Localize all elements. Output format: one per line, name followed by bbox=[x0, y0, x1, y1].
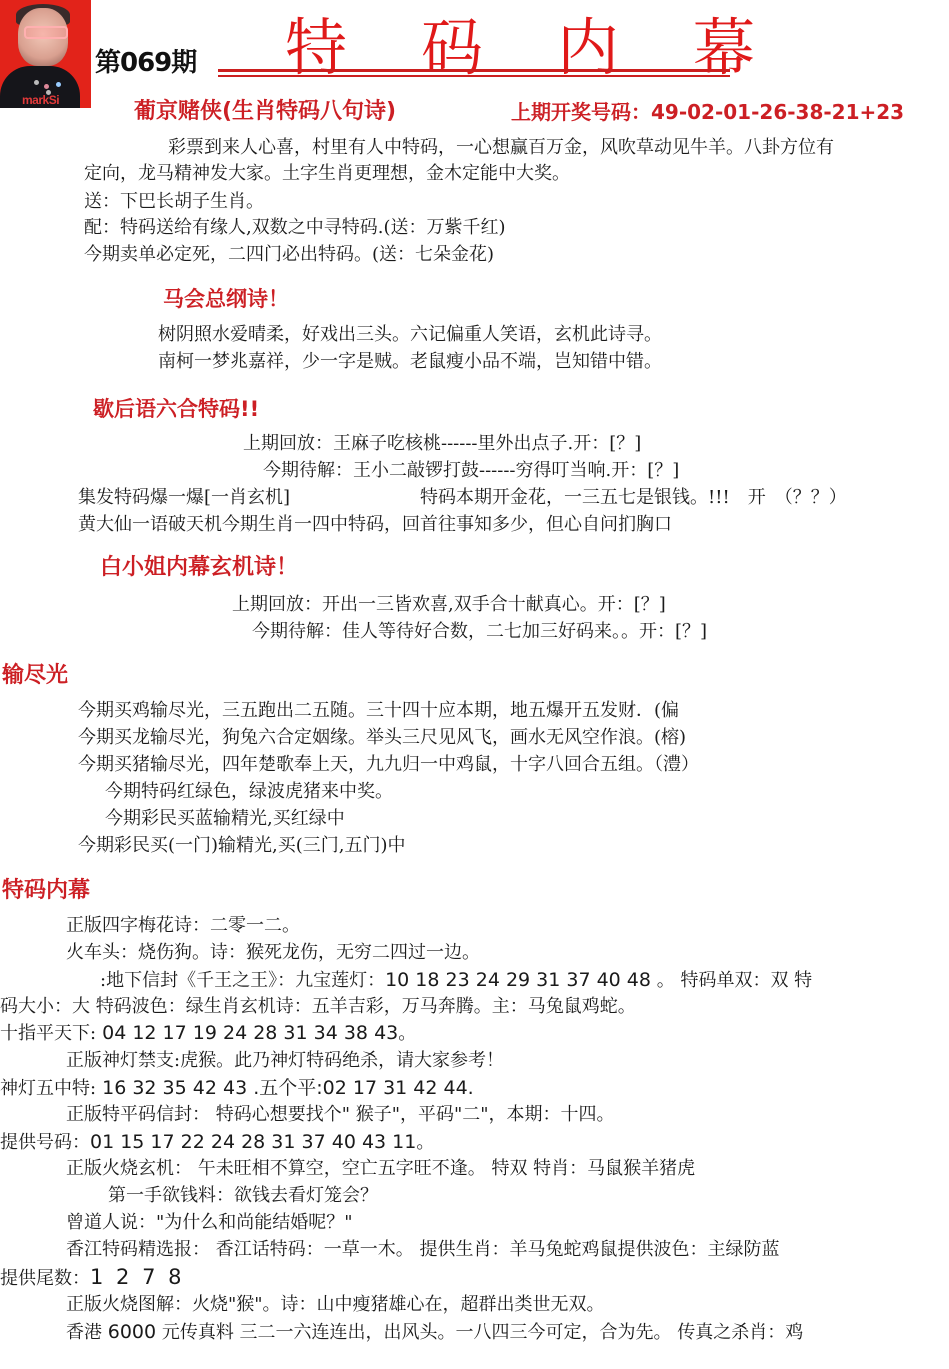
neimu-line: 第一手欲钱料：欲钱去看灯笼会？ bbox=[108, 1183, 378, 1209]
huangdaxian-line: 黄大仙一语破天机今期生肖一四中特码，回首往事知多少，但心自问扪胸口 bbox=[78, 512, 672, 538]
section-heading-neimu: 特码内幕 bbox=[2, 873, 90, 904]
neimu-numbers: 6000 bbox=[108, 1321, 156, 1343]
neimu-line: 提供尾数：1 2 7 8 bbox=[0, 1264, 184, 1292]
title-char: 特 bbox=[285, 0, 421, 87]
neimu-line: 正版火烧图解：火烧"猴"。诗：山中瘦猪雄心在，超群出类世无双。 bbox=[66, 1292, 605, 1318]
poem-line: 送：下巴长胡子生肖。 bbox=[84, 189, 264, 215]
poem-line: 定向，龙马精神发大家。土字生肖更理想，金木定能中大奖。 bbox=[84, 161, 570, 187]
neimu-text: 香港 bbox=[66, 1322, 108, 1343]
neimu-line: 正版特平码信封： 特码心想要找个" 猴子"，平码"二"，本期：十四。 bbox=[66, 1102, 615, 1128]
xiehouyu-last: 上期回放：王麻子吃核桃------里外出点子.开：[？] bbox=[243, 431, 641, 457]
jifa-label: 集发特码爆一爆[一肖玄机] bbox=[78, 485, 290, 511]
bai-last: 上期回放：开出一三皆欢喜,双手合十献真心。开：[？] bbox=[232, 592, 666, 618]
shujinguang-line: 今期买鸡输尽光，三五跑出二五随。三十四十应本期，地五爆开五发财．(偏 bbox=[78, 698, 679, 724]
neimu-line: 正版四字梅花诗：二零一二。 bbox=[66, 913, 300, 939]
neimu-line: 码大小：大 特码波色：绿生肖玄机诗：五羊吉彩，万马奔腾。主：马兔鼠鸡蛇。 bbox=[0, 994, 636, 1020]
neimu-line: 曾道人说："为什么和尚能结婚呢？" bbox=[66, 1210, 353, 1236]
neimu-text: 神灯五中特: bbox=[0, 1078, 96, 1099]
neimu-numbers: 01 15 17 22 24 28 31 37 40 43 11 bbox=[90, 1131, 416, 1153]
poem-line: 配：特码送给有缘人,双数之中寻特码.(送：万紫千红) bbox=[84, 215, 506, 241]
shujinguang-line: 今期买猪输尽光，四年楚歌奉上天，九九归一中鸡鼠，十字八回合五组。（澧） bbox=[78, 752, 699, 778]
section-heading-xiehouyu: 歇后语六合特码!! bbox=[93, 393, 259, 423]
page-title: 特码内幕 bbox=[285, 0, 829, 87]
button-dot bbox=[34, 80, 39, 85]
neimu-line: 提供号码：01 15 17 22 24 28 31 37 40 43 11。 bbox=[0, 1129, 434, 1156]
neimu-line: 香港 6000 元传真料 三二一六连连出，出风头。一八四三今可定，合为先。 传真… bbox=[66, 1319, 803, 1346]
neimu-numbers: 1 2 7 8 bbox=[90, 1265, 184, 1289]
poem-line: 今期卖单必定死，二四门必出特码。(送：七朵金花) bbox=[84, 242, 494, 268]
last-draw-numbers: 上期开奖号码：49-02-01-26-38-21+23 bbox=[511, 96, 904, 125]
neimu-text: 。 特码单双：双 特 bbox=[651, 970, 812, 991]
neimu-line: 十指平天下: 04 12 17 19 24 28 31 34 38 43。 bbox=[0, 1020, 416, 1047]
poem-line: 彩票到来人心喜，村里有人中特码，一心想赢百万金，风吹草动见牛羊。八卦方位有 bbox=[168, 135, 834, 161]
title-char: 码 bbox=[421, 0, 557, 87]
neimu-text: 提供号码： bbox=[0, 1132, 90, 1153]
mahui-line: 树阴照水爱晴柔，好戏出三头。六记偏重人笑语，玄机此诗寻。 bbox=[158, 322, 662, 348]
section-heading-mahui: 马会总纲诗！ bbox=[163, 283, 289, 313]
neimu-line: 神灯五中特: 16 32 35 42 43 .五个平:02 17 31 42 4… bbox=[0, 1075, 474, 1102]
button-dot bbox=[56, 82, 61, 87]
jifa-text: 特码本期开金花，一三五七是银钱。!!! 开 （？？） bbox=[420, 485, 847, 511]
neimu-line: 正版神灯禁支:虎猴。此乃神灯特码绝杀，请大家参考！ bbox=[66, 1048, 504, 1074]
neimu-line: 火车头：烧伤狗。诗：猴死龙伤，无穷二四过一边。 bbox=[66, 940, 480, 966]
xiehouyu-current: 今期待解：王小二敲锣打鼓------穷得叮当响.开：[？] bbox=[263, 458, 679, 484]
neimu-line: 香江特码精选报： 香江话特码：一草一木。 提供生肖：羊马兔蛇鸡鼠提供波色：主绿防… bbox=[66, 1237, 779, 1263]
bai-current: 今期待解：佳人等待好合数，二七加三好码来。。开：[？] bbox=[252, 619, 707, 645]
shujinguang-line: 今期特码红绿色，绿波虎猪来中奖。 bbox=[105, 779, 393, 805]
title-underline-top bbox=[218, 69, 730, 72]
shujinguang-line: 今期彩民买(一门)输精光,买(三门,五门)中 bbox=[78, 833, 406, 859]
avatar-photo: markSi bbox=[0, 0, 91, 108]
title-char: 内 bbox=[557, 0, 693, 87]
neimu-text: 提供尾数： bbox=[0, 1268, 90, 1289]
subtitle: 葡京赌侠(生肖特码八句诗) bbox=[134, 94, 396, 125]
button-dot bbox=[44, 84, 49, 89]
title-underline-bottom bbox=[218, 75, 730, 77]
section-heading-bai: 白小姐内幕玄机诗！ bbox=[100, 550, 298, 581]
neimu-text: 。 bbox=[398, 1023, 416, 1044]
neimu-text: :地下信封《千王之王》：九宝莲灯： bbox=[100, 970, 385, 991]
neimu-numbers: 16 32 35 42 43 .五个平:02 17 31 42 44. bbox=[96, 1077, 474, 1099]
section-heading-shujinguang: 输尽光 bbox=[2, 658, 68, 689]
avatar-glasses bbox=[24, 26, 68, 39]
neimu-line: 正版火烧玄机： 午未旺相不算空，空亡五字旺不逢。 特双 特肖：马鼠猴羊猪虎 bbox=[66, 1156, 695, 1182]
shujinguang-line: 今期买龙输尽光，狗兔六合定姻缘。举头三尺见风飞，画水无风空作浪。(榕) bbox=[78, 725, 686, 751]
neimu-text: 。 bbox=[416, 1132, 434, 1153]
mahui-line: 南柯一梦兆嘉祥，少一字是贼。老鼠瘦小品不端，岂知错中错。 bbox=[158, 349, 662, 375]
issue-number: 第069期 bbox=[95, 42, 196, 79]
neimu-numbers: 04 12 17 19 24 28 31 34 38 43 bbox=[96, 1022, 398, 1044]
title-char: 幕 bbox=[693, 0, 829, 87]
neimu-text: 元传真料 三二一六连连出，出风头。一八四三今可定，合为先。 传真之杀肖：鸡 bbox=[156, 1322, 803, 1343]
avatar-caption: markSi bbox=[22, 93, 59, 107]
shujinguang-line: 今期彩民买蓝输精光,买红绿中 bbox=[105, 806, 345, 832]
neimu-numbers: 10 18 23 24 29 31 37 40 48 bbox=[385, 969, 651, 991]
neimu-line: :地下信封《千王之王》：九宝莲灯：10 18 23 24 29 31 37 40… bbox=[100, 967, 812, 994]
neimu-text: 十指平天下: bbox=[0, 1023, 96, 1044]
